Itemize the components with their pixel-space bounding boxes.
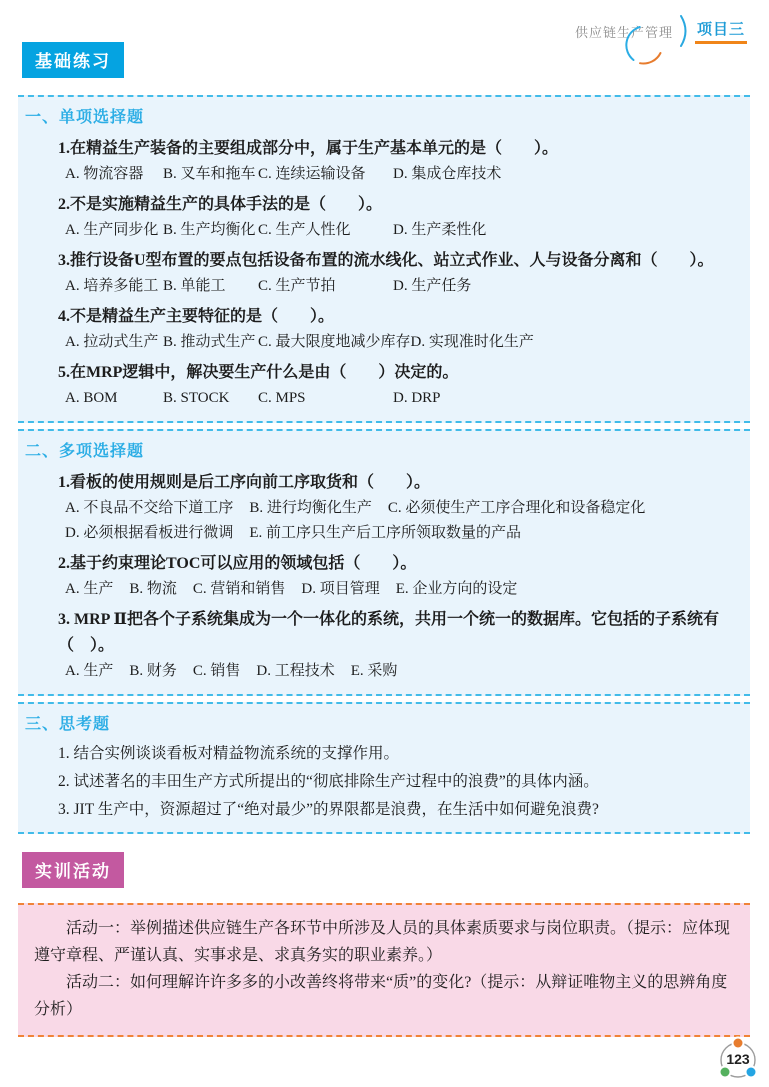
option: A. BOM: [65, 386, 163, 411]
option: D. 工程技术: [256, 659, 334, 684]
question: 2.基于约束理论TOC可以应用的领域包括（ ）。A. 生产B. 物流C. 营销和…: [25, 551, 736, 602]
option: A. 物流容器: [65, 162, 163, 187]
option: E. 企业方向的设定: [396, 577, 518, 602]
question: 1.在精益生产装备的主要组成部分中，属于生产基本单元的是（ ）。A. 物流容器B…: [25, 136, 736, 187]
thinking-question: 2. 试述著名的丰田生产方式所提出的“彻底排除生产过程中的浪费”的具体内涵。: [58, 769, 736, 794]
question-stem: 3. MRP Ⅱ把各个子系统集成为一个一体化的系统，共用一个统一的数据库。它包括…: [58, 607, 736, 659]
section-box-2: 二、多项选择题1.看板的使用规则是后工序向前工序取货和（ ）。A. 不良品不交给…: [18, 429, 750, 696]
question-stem: 2.不是实施精益生产的具体手法的是（ ）。: [58, 192, 736, 218]
bracket-decoration-icon: [679, 14, 691, 48]
section-title: 三、思考题: [25, 712, 736, 738]
option: D. 必须根据看板进行微调: [65, 521, 233, 546]
option: B. 叉车和拖车: [163, 162, 258, 187]
option-row: A. 生产B. 物流C. 营销和销售D. 项目管理E. 企业方向的设定: [65, 577, 736, 602]
option-row: A. 物流容器B. 叉车和拖车C. 连续运输设备D. 集成仓库技术: [65, 162, 736, 187]
chapter-label: 项目三: [695, 18, 747, 44]
question: 3. MRP Ⅱ把各个子系统集成为一个一体化的系统，共用一个统一的数据库。它包括…: [25, 607, 736, 684]
option: B. 物流: [129, 577, 177, 602]
option: E. 采购: [351, 659, 398, 684]
page-number-medallion: 123: [715, 1036, 761, 1082]
option: B. 单能工: [163, 274, 258, 299]
section-title: 二、多项选择题: [25, 439, 736, 465]
question: 4.不是精益生产主要特征的是（ ）。A. 拉动式生产B. 推动式生产C. 最大限…: [25, 304, 736, 355]
thinking-question: 3. JIT 生产中，资源超过了“绝对最少”的界限都是浪费，在生活中如何避免浪费…: [58, 797, 736, 822]
option: B. 进行均衡化生产: [249, 496, 372, 521]
option: E. 前工序只生产后工序所领取数量的产品: [249, 521, 521, 546]
question: 5.在MRP逻辑中，解决要生产什么是由（ ）决定的。A. BOMB. STOCK…: [25, 360, 736, 411]
option: C. 生产节拍: [258, 274, 393, 299]
activity-item: 活动一：举例描述供应链生产各环节中所涉及人员的具体素质要求与岗位职责。（提示：应…: [34, 915, 734, 969]
thinking-question: 1. 结合实例谈谈看板对精益物流系统的支撑作用。: [58, 741, 736, 766]
option: D. 生产柔性化: [393, 218, 486, 243]
question: 3.推行设备U型布置的要点包括设备布置的流水线化、站立式作业、人与设备分离和（ …: [25, 248, 736, 299]
option: A. 拉动式生产: [65, 330, 163, 355]
section-box-1: 一、单项选择题1.在精益生产装备的主要组成部分中，属于生产基本单元的是（ ）。A…: [18, 95, 750, 423]
section-title: 一、单项选择题: [25, 105, 736, 131]
option: A. 生产: [65, 659, 113, 684]
option: A. 不良品不交给下道工序: [65, 496, 233, 521]
option: C. 最大限度地减少库存: [258, 330, 411, 355]
option: C. 生产人性化: [258, 218, 393, 243]
option: A. 生产: [65, 577, 113, 602]
question-stem: 2.基于约束理论TOC可以应用的领域包括（ ）。: [58, 551, 736, 577]
option-row: A. 培养多能工B. 单能工C. 生产节拍D. 生产任务: [65, 274, 736, 299]
option-row: A. 拉动式生产B. 推动式生产C. 最大限度地减少库存D. 实现准时化生产: [65, 330, 736, 355]
training-activities-box: 活动一：举例描述供应链生产各环节中所涉及人员的具体素质要求与岗位职责。（提示：应…: [18, 903, 750, 1037]
question-stem: 1.看板的使用规则是后工序向前工序取货和（ ）。: [58, 470, 736, 496]
question-stem: 4.不是精益生产主要特征的是（ ）。: [58, 304, 736, 330]
arc-decoration-icon: [609, 24, 679, 66]
option: D. 生产任务: [393, 274, 471, 299]
option-row: A. 生产同步化B. 生产均衡化C. 生产人性化D. 生产柔性化: [65, 218, 736, 243]
option: A. 生产同步化: [65, 218, 163, 243]
page-number: 123: [715, 1036, 761, 1082]
exercise-sections: 一、单项选择题1.在精益生产装备的主要组成部分中，属于生产基本单元的是（ ）。A…: [0, 95, 769, 834]
option-row: A. BOMB. STOCKC. MPSD. DRP: [65, 386, 736, 411]
training-activities-badge: 实训活动: [22, 852, 124, 888]
option: B. 推动式生产: [163, 330, 258, 355]
textbook-page: 供应链生产管理 项目三 基础练习 一、单项选择题1.在精益生产装备的主要组成部分…: [0, 0, 769, 1087]
option: C. 营销和销售: [193, 577, 286, 602]
activity-item: 活动二：如何理解许许多多的小改善终将带来“质”的变化?（提示：从辩证唯物主义的思…: [34, 969, 734, 1023]
option: B. STOCK: [163, 386, 258, 411]
section-box-3: 三、思考题1. 结合实例谈谈看板对精益物流系统的支撑作用。2. 试述著名的丰田生…: [18, 702, 750, 834]
option: B. 财务: [129, 659, 177, 684]
option: C. MPS: [258, 386, 393, 411]
option: D. 实现准时化生产: [411, 330, 534, 355]
option: B. 生产均衡化: [163, 218, 258, 243]
option-row: A. 生产B. 财务C. 销售D. 工程技术E. 采购: [65, 659, 736, 684]
option: A. 培养多能工: [65, 274, 163, 299]
question: 2.不是实施精益生产的具体手法的是（ ）。A. 生产同步化B. 生产均衡化C. …: [25, 192, 736, 243]
option: D. 集成仓库技术: [393, 162, 501, 187]
option: C. 必须使生产工序合理化和设备稳定化: [388, 496, 646, 521]
option: C. 连续运输设备: [258, 162, 393, 187]
question-stem: 1.在精益生产装备的主要组成部分中，属于生产基本单元的是（ ）。: [58, 136, 736, 162]
option-row: D. 必须根据看板进行微调E. 前工序只生产后工序所领取数量的产品: [65, 521, 736, 546]
question: 1.看板的使用规则是后工序向前工序取货和（ ）。A. 不良品不交给下道工序B. …: [25, 470, 736, 546]
question-stem: 3.推行设备U型布置的要点包括设备布置的流水线化、站立式作业、人与设备分离和（ …: [58, 248, 736, 274]
option: D. DRP: [393, 386, 441, 411]
basic-practice-badge: 基础练习: [22, 42, 124, 78]
option-row: A. 不良品不交给下道工序B. 进行均衡化生产C. 必须使生产工序合理化和设备稳…: [65, 496, 736, 521]
question-stem: 5.在MRP逻辑中，解决要生产什么是由（ ）决定的。: [58, 360, 736, 386]
option: D. 项目管理: [301, 577, 379, 602]
option: C. 销售: [193, 659, 241, 684]
